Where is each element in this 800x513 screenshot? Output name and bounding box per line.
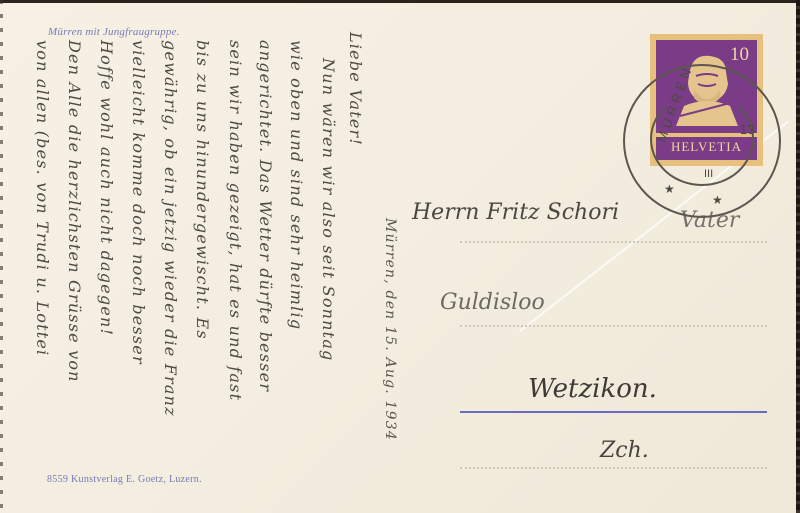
postmark-star-icon: ★: [664, 182, 675, 197]
publisher-imprint: 8559 Kunstverlag E. Goetz, Luzern.: [47, 474, 202, 485]
card-top-edge: [0, 0, 800, 3]
postcard: Mürren mit Jungfraugruppe. 8559 Kunstver…: [0, 0, 800, 513]
address-rule-2: [460, 325, 767, 327]
postmark-date: 13: [740, 122, 754, 137]
address-street: Guldisloo: [440, 290, 545, 315]
message-line: gewährig, ob ein jetzig wieder die Franz: [161, 40, 180, 417]
card-left-edge: [0, 0, 3, 513]
message-line: von allen (bes. von Trudi u. Lottei: [33, 40, 52, 356]
message-line: vielleicht komme doch noch besser: [129, 40, 148, 365]
postmark-star-icon: ★: [712, 193, 723, 208]
message-line: wie oben und sind sehr heimlig: [287, 40, 306, 330]
address-rule-3: [460, 411, 767, 413]
address-rule-1: [460, 241, 767, 243]
message-line: Hoffe wohl auch nicht dagegen!: [97, 40, 116, 336]
postmark-code: III: [704, 168, 713, 180]
address-town: Wetzikon.: [528, 374, 657, 404]
card-right-edge: [796, 0, 800, 513]
address-rule-4: [460, 467, 767, 469]
printed-caption: Mürren mit Jungfraugruppe.: [48, 26, 180, 38]
date-line: Mürren, den 15. Aug. 1934: [382, 218, 398, 441]
message-line: bis zu uns hinundergewischt. Es: [193, 40, 212, 340]
message-line: Liebe Vater!: [346, 32, 365, 146]
address-recipient: Herrn Fritz Schori: [412, 200, 619, 225]
message-line: Nun wären wir also seit Sonntag: [319, 58, 338, 362]
message-line: sein wir haben gezeigt, hat es und fast: [226, 40, 245, 401]
stamp-value: 10: [730, 44, 749, 66]
address-canton: Zch.: [600, 438, 649, 463]
message-line: Den Alle die herzlichsten Grüsse von: [65, 40, 84, 383]
message-line: angerichtet. Das Wetter dürfte besser: [256, 40, 275, 392]
